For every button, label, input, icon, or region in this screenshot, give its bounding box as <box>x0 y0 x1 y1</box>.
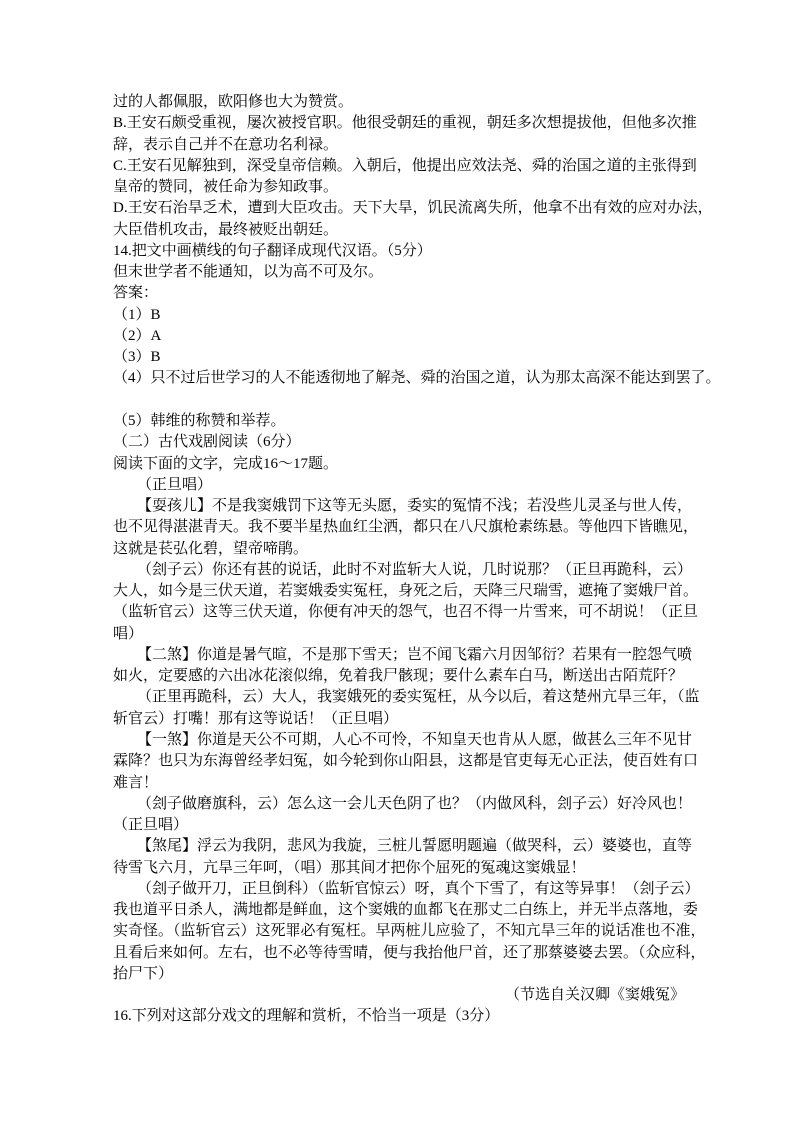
text-line: 且看后来如何。左右，也不必等待雪晴，便与我抬他尸首，还了那蔡婆婆去罢。（众应科， <box>113 943 685 964</box>
document-lines: 过的人都佩服，欧阳修也大为赞赏。B.王安石颇受重视，屡次被授官职。他很受朝廷的重… <box>113 92 685 1028</box>
text-line: 大臣借机攻击，最终被贬出朝廷。 <box>113 220 685 241</box>
text-line: （5）韩维的称赞和举荐。 <box>113 411 685 432</box>
text-line: 【煞尾】浮云为我阴，悲风为我旋，三桩儿誓愿明题遍（做哭科，云）婆婆也，直等 <box>113 836 685 857</box>
text-line: （刽子做磨旗科，云）怎么这一会儿天色阴了也？（内做风科，刽子云）好冷风也！ <box>113 794 685 815</box>
text-line: 我也道平日杀人，满地都是鲜血，这个窦娥的血都飞在那丈二白练上，并无半点落地，委 <box>113 900 685 921</box>
text-line: （3）B <box>113 347 685 368</box>
text-line: 抬尸下） <box>113 964 685 985</box>
text-line: C.王安石见解独到，深受皇帝信赖。入朝后，他提出应效法尧、舜的治国之道的主张得到 <box>113 156 685 177</box>
text-line: B.王安石颇受重视，屡次被授官职。他很受朝廷的重视，朝廷多次想提拔他，但他多次推 <box>113 113 685 134</box>
text-line: 霖降？也只为东海曾经孝妇冤，如今轮到你山阳县，这都是官吏每无心正法，使百姓有口 <box>113 751 685 772</box>
text-line: （刽子做开刀，正旦倒科）（监斩官惊云）呀，真个下雪了，有这等异事！（刽子云） <box>113 879 685 900</box>
text-line: 斩官云）打嘴！那有这等说话！（正旦唱） <box>113 709 685 730</box>
text-line: D.王安石治旱乏术，遭到大臣攻击。天下大旱，饥民流离失所，他拿不出有效的应对办法… <box>113 198 685 219</box>
text-line: （节选自关汉卿《窦娥冤》 <box>113 985 685 1006</box>
text-line: （正旦唱） <box>113 815 685 836</box>
text-line: 答案： <box>113 283 685 304</box>
text-line: （1）B <box>113 305 685 326</box>
text-line: （2）A <box>113 326 685 347</box>
text-line: （正旦唱） <box>113 475 685 496</box>
text-line: （4）只不过后世学习的人不能透彻地了解尧、舜的治国之道，认为那太高深不能达到罢了… <box>113 368 685 389</box>
text-line: 过的人都佩服，欧阳修也大为赞赏。 <box>113 92 685 113</box>
text-line: 【二煞】你道是暑气暄，不是那下雪天；岂不闻飞霜六月因邹衍？若果有一腔怨气喷 <box>113 645 685 666</box>
text-line: 如火，定要感的六出冰花滚似绵，免着我尸骸现；要什么素车白马，断送出古陌荒阡？ <box>113 666 685 687</box>
text-line: 实奇怪。（监斩官云）这死罪必有冤枉。早两桩儿应验了，不知亢旱三年的说话准也不准， <box>113 921 685 942</box>
text-line: （正里再跪科，云）大人，我窦娥死的委实冤枉，从今以后，着这楚州亢旱三年，（监 <box>113 687 685 708</box>
text-line: 唱） <box>113 624 685 645</box>
text-line: （刽子云）你还有甚的说话，此时不对监斩大人说，几时说那？（正旦再跪科，云） <box>113 560 685 581</box>
text-line: 这就是苌弘化碧，望帝啼鹃。 <box>113 539 685 560</box>
text-line: 辞，表示自己并不在意功名利禄。 <box>113 135 685 156</box>
text-line: 难言！ <box>113 773 685 794</box>
text-line: 但末世学者不能通知，以为高不可及尔。 <box>113 262 685 283</box>
text-line: 待雪飞六月，亢旱三年呵，（唱）那其间才把你个屈死的冤魂这窦娥显！ <box>113 858 685 879</box>
text-line: 【一煞】你道是天公不可期，人心不可怜，不知皇天也肯从人愿，做甚么三年不见甘 <box>113 730 685 751</box>
document-page: 过的人都佩服，欧阳修也大为赞赏。B.王安石颇受重视，屡次被授官职。他很受朝廷的重… <box>0 0 794 1123</box>
text-line: 大人，如今是三伏天道，若窦娥委实冤枉，身死之后，天降三尺瑞雪，遮掩了窦娥尸首。 <box>113 581 685 602</box>
text-line: 阅读下面的文字，完成16～17题。 <box>113 454 685 475</box>
text-line: （二）古代戏剧阅读（6分） <box>113 432 685 453</box>
text-line: 16.下列对这部分戏文的理解和赏析，不恰当一项是（3分） <box>113 1006 685 1027</box>
text-line: 14.把文中画横线的句子翻译成现代汉语。（5分） <box>113 241 685 262</box>
text-line: 也不见得湛湛青天。我不要半星热血红尘洒，都只在八尺旗枪素练悬。等他四下皆瞧见， <box>113 517 685 538</box>
text-line: 【耍孩儿】不是我窦娥罚下这等无头愿，委实的冤情不浅；若没些儿灵圣与世人传， <box>113 496 685 517</box>
text-line: 皇帝的赞同，被任命为参知政事。 <box>113 177 685 198</box>
text-line: （监斩官云）这等三伏天道，你便有冲天的怨气，也召不得一片雪来，可不胡说！（正旦 <box>113 602 685 623</box>
